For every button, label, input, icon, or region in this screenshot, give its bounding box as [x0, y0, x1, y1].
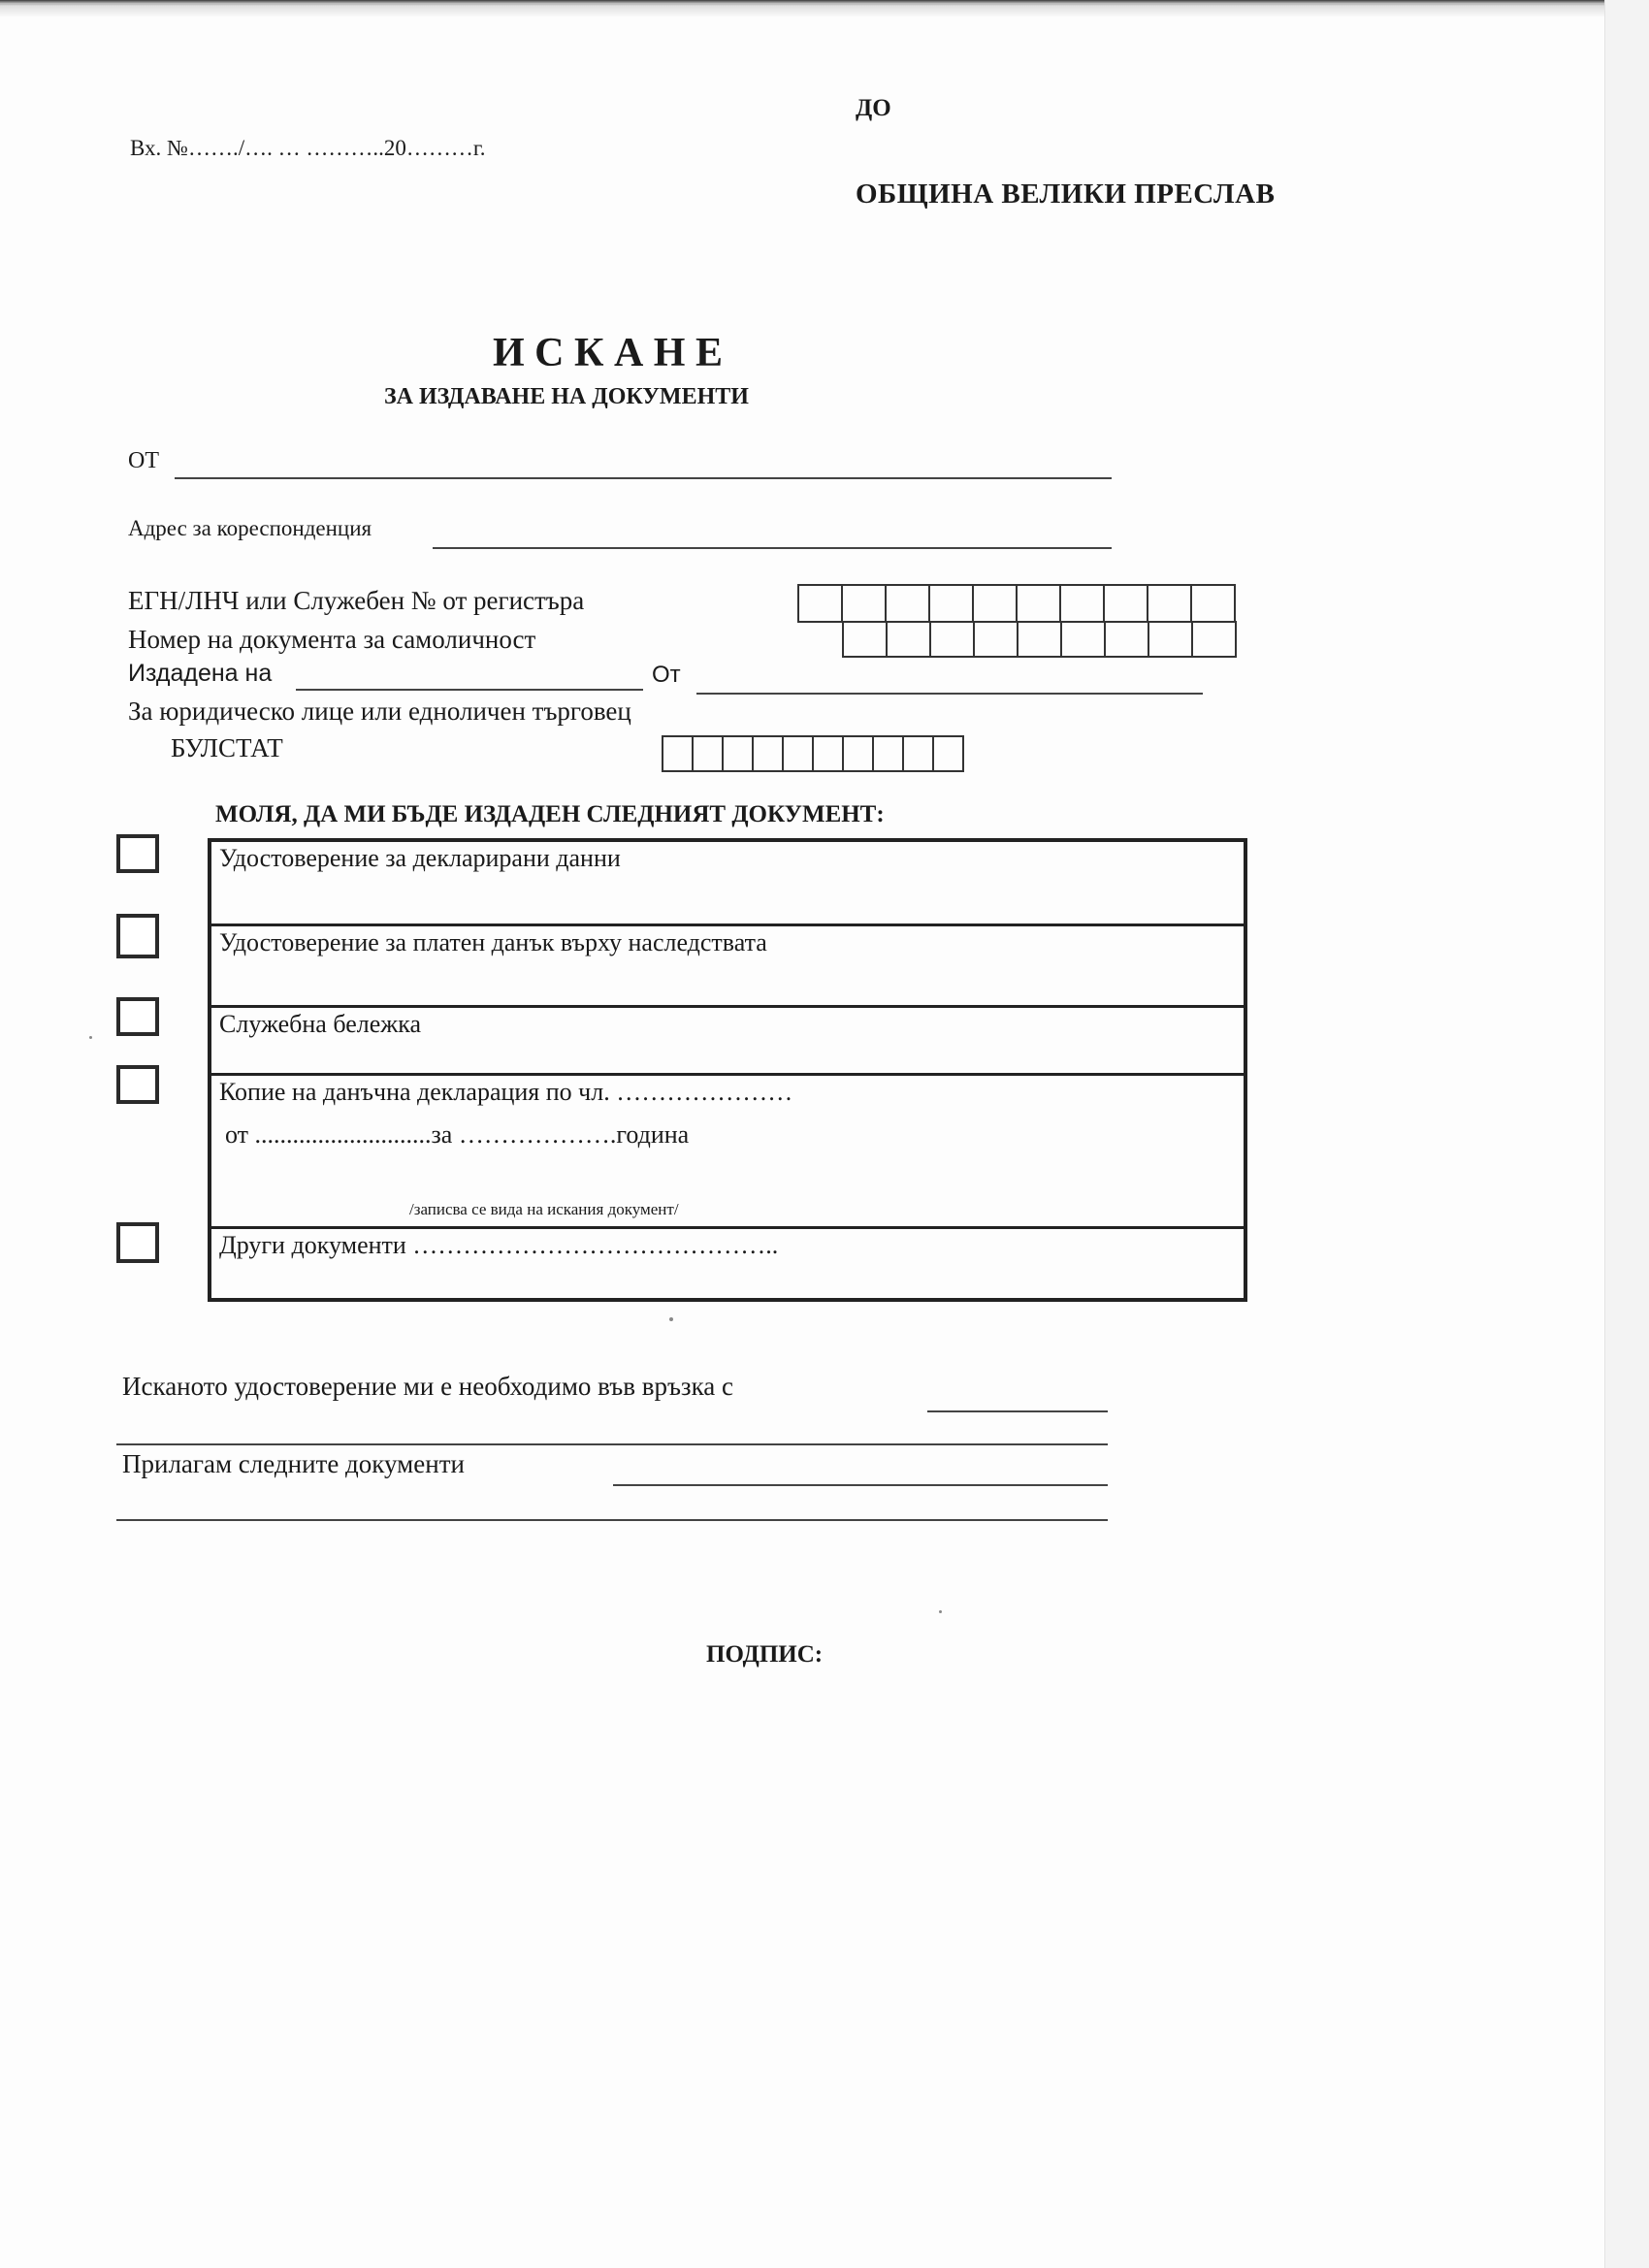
option-detail: от ............................за …………………: [225, 1120, 689, 1150]
digit-cell[interactable]: [975, 621, 1018, 656]
digit-cell[interactable]: [844, 621, 888, 656]
digit-cell[interactable]: [930, 586, 974, 621]
digit-cell[interactable]: [694, 737, 724, 770]
checkbox-official-note[interactable]: [116, 997, 159, 1036]
address-field[interactable]: [433, 547, 1112, 549]
attachments-field[interactable]: [613, 1484, 1108, 1486]
digit-cell[interactable]: [799, 586, 843, 621]
digit-cell[interactable]: [814, 737, 844, 770]
digit-cell[interactable]: [784, 737, 814, 770]
digit-cell[interactable]: [887, 586, 930, 621]
digit-cell[interactable]: [1018, 586, 1061, 621]
scan-speck: [939, 1610, 942, 1613]
checkbox-tax-declaration-copy[interactable]: [116, 1065, 159, 1104]
scan-shadow: [0, 4, 1649, 17]
digit-cell[interactable]: [1148, 586, 1192, 621]
address-label: Адрес за кореспонденция: [128, 516, 372, 541]
digit-cell[interactable]: [1061, 586, 1105, 621]
digit-cell[interactable]: [904, 737, 934, 770]
registry-number: Вх. №……./…. … ………..20………г.: [130, 136, 485, 161]
document-options-table: Удостоверение за декларирани данни Удост…: [208, 838, 1247, 1302]
digit-cell[interactable]: [1193, 621, 1237, 656]
option-label: Служебна бележка: [219, 1010, 421, 1039]
digit-cell[interactable]: [931, 621, 975, 656]
purpose-label: Исканото удостоверение ми е необходимо в…: [122, 1372, 733, 1402]
digit-cell[interactable]: [888, 621, 931, 656]
digit-cell[interactable]: [974, 586, 1018, 621]
option-note: /записва се вида на искания документ/: [409, 1200, 679, 1219]
issued-on-label: Издадена на: [128, 660, 272, 688]
option-label: Удостоверение за декларирани данни: [219, 844, 621, 873]
digit-cell[interactable]: [844, 737, 874, 770]
digit-cell[interactable]: [874, 737, 904, 770]
id-document-input[interactable]: [842, 621, 1237, 658]
legal-entity-label: За юридическо лице или едноличен търгове…: [128, 697, 631, 727]
digit-cell[interactable]: [1149, 621, 1193, 656]
digit-cell[interactable]: [724, 737, 754, 770]
digit-cell[interactable]: [663, 737, 694, 770]
from-field[interactable]: [175, 477, 1112, 479]
digit-cell[interactable]: [1062, 621, 1106, 656]
option-row[interactable]: Други документи ……………………………………..: [211, 1226, 1244, 1303]
scan-speck: [669, 1317, 673, 1321]
digit-cell[interactable]: [934, 737, 964, 770]
option-row[interactable]: Удостоверение за платен данък върху насл…: [211, 923, 1244, 1008]
issued-on-field[interactable]: [296, 689, 643, 691]
digit-cell[interactable]: [754, 737, 784, 770]
purpose-field-continued[interactable]: [116, 1443, 1108, 1445]
option-label: Други документи ……………………………………..: [219, 1231, 778, 1260]
option-label: Копие на данъчна декларация по чл. ………………: [219, 1078, 792, 1107]
option-row[interactable]: Удостоверение за декларирани данни: [211, 842, 1244, 923]
bulstat-label: БУЛСТАТ: [171, 733, 283, 763]
digit-cell[interactable]: [843, 586, 887, 621]
checkbox-inheritance-tax[interactable]: [116, 914, 159, 958]
digit-cell[interactable]: [1192, 586, 1236, 621]
attachments-field-continued[interactable]: [116, 1519, 1108, 1521]
purpose-field[interactable]: [927, 1410, 1108, 1412]
attachments-label: Прилагам следните документи: [122, 1449, 465, 1479]
from-label: ОТ: [128, 448, 159, 474]
checkbox-declared-data[interactable]: [116, 834, 159, 873]
request-heading: МОЛЯ, ДА МИ БЪДЕ ИЗДАДЕН СЛЕДНИЯТ ДОКУМЕ…: [215, 801, 885, 828]
scan-speck: [89, 1036, 92, 1039]
scan-margin: [1604, 0, 1649, 2268]
bulstat-input[interactable]: [662, 735, 964, 772]
page-title: И С К А Н Е: [493, 330, 723, 376]
signature-label: ПОДПИС:: [706, 1641, 823, 1669]
egn-input[interactable]: [797, 584, 1236, 623]
digit-cell[interactable]: [1106, 621, 1149, 656]
option-label: Удостоверение за платен данък върху насл…: [219, 928, 767, 957]
egn-label: ЕГН/ЛНЧ или Служебен № от регистъра: [128, 586, 584, 616]
recipient: ОБЩИНА ВЕЛИКИ ПРЕСЛАВ: [856, 178, 1275, 211]
option-row[interactable]: Служебна бележка: [211, 1005, 1244, 1076]
id-document-label: Номер на документа за самоличност: [128, 625, 535, 655]
checkbox-other-documents[interactable]: [116, 1222, 159, 1263]
option-row[interactable]: Копие на данъчна декларация по чл. ………………: [211, 1073, 1244, 1229]
page-subtitle: ЗА ИЗДАВАНЕ НА ДОКУМЕНТИ: [384, 384, 749, 410]
digit-cell[interactable]: [1105, 586, 1148, 621]
digit-cell[interactable]: [1018, 621, 1062, 656]
to-label: ДО: [856, 95, 891, 122]
issued-by-field[interactable]: [696, 693, 1203, 695]
issued-by-label: От: [652, 662, 681, 689]
